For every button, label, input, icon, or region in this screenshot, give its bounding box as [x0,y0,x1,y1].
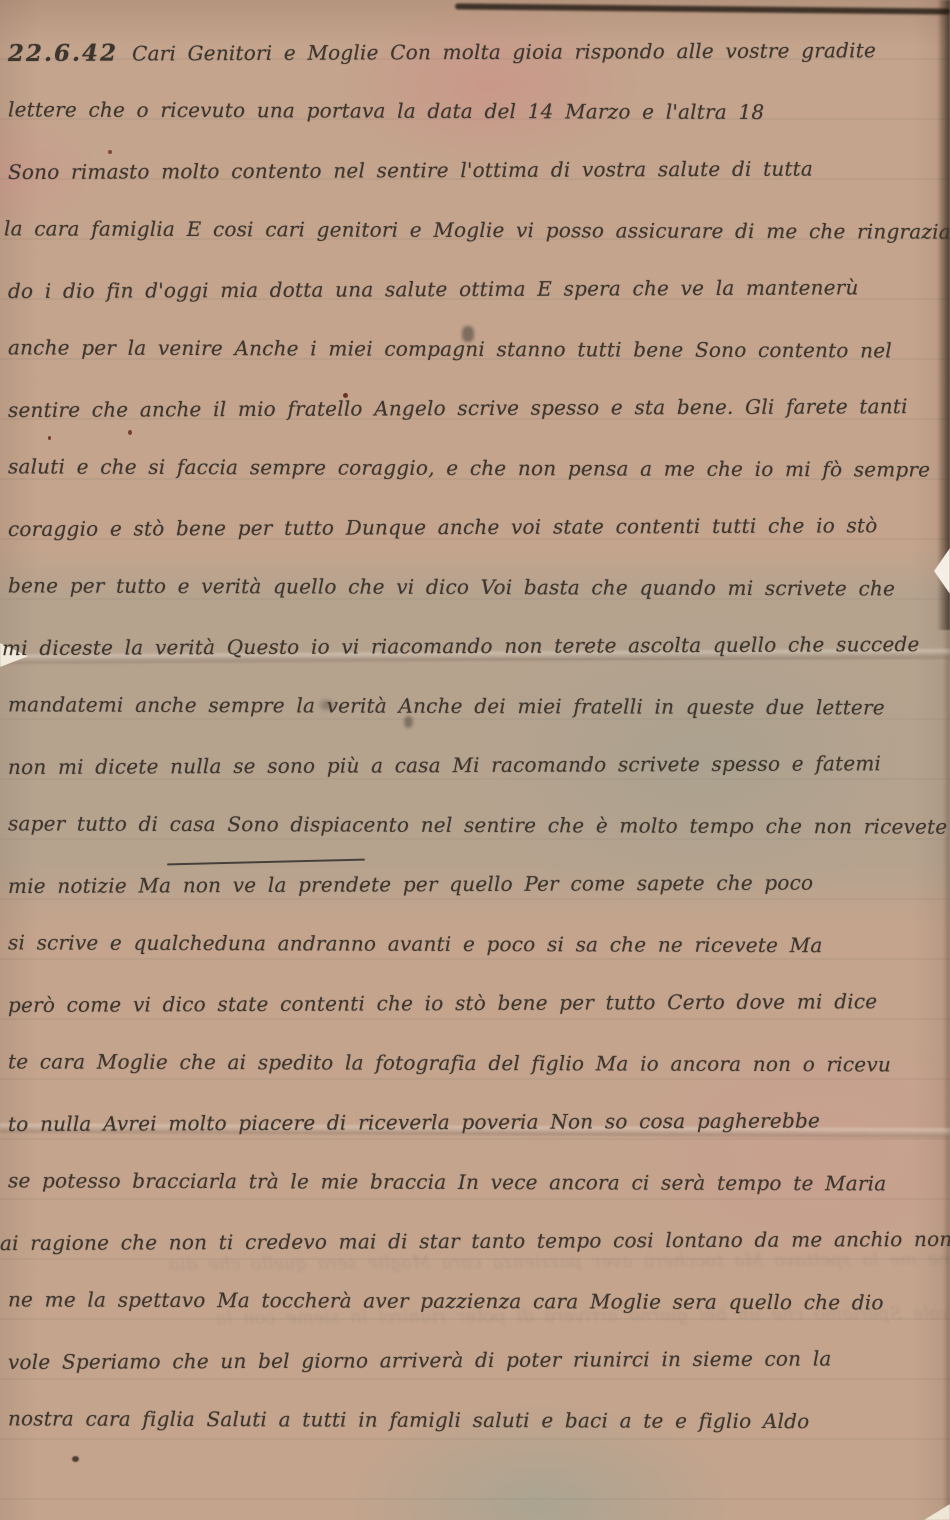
paper-hole [72,1456,79,1462]
letter-body: 22.6.42Cari Genitori e Moglie Con molta … [0,22,950,1450]
handwritten-line: si scrive e qualcheduna andranno avanti … [0,913,950,976]
handwritten-line: non mi dicete nulla se sono più a casa M… [0,734,950,798]
line-text: Cari Genitori e Moglie Con molta gioia r… [132,38,876,65]
handwritten-line: anche per la venire Anche i miei compagn… [0,318,950,381]
letter-date: 22.6.42 [8,40,118,67]
scan-edge-top [455,3,950,14]
handwritten-line: mi diceste la verità Questo io vi riacom… [0,615,950,679]
handwritten-line: mie notizie Ma non ve la prendete per qu… [0,853,950,917]
handwritten-line: saper tutto di casa Sono dispiacento nel… [0,794,950,857]
handwritten-line: ai ragione che non ti credevo mai di sta… [0,1210,950,1274]
handwritten-line: saluti e che si faccia sempre coraggio, … [0,437,950,500]
handwritten-line: sentire che anche il mio fratello Angelo… [0,377,950,441]
handwritten-line: nostra cara figlia Saluti a tutti in fam… [0,1389,950,1452]
handwritten-line: vole Speriamo che un bel giorno arriverà… [0,1329,950,1393]
handwritten-line: però come vi dico state contenti che io … [0,972,950,1036]
handwritten-line: mandatemi anche sempre la verità Anche d… [0,675,950,738]
handwritten-line: lettere che o ricevuto una portava la da… [0,80,950,143]
handwritten-line: la cara famiglia E cosi cari genitori e … [0,199,950,262]
handwritten-line: 22.6.42Cari Genitori e Moglie Con molta … [0,20,950,84]
handwritten-line: te cara Moglie che ai spedito la fotogra… [0,1032,950,1095]
handwritten-line: do i dio fin d'oggi mia dotta una salute… [0,258,950,322]
paper-corner-wear [924,1504,950,1520]
handwritten-line: coraggio e stò bene per tutto Dunque anc… [0,496,950,560]
handwritten-line: ne me la spettavo Ma toccherà aver pazzi… [0,1270,950,1333]
handwritten-line: Sono rimasto molto contento nel sentire … [0,139,950,203]
handwritten-line: se potesso bracciarla trà le mie braccia… [0,1151,950,1214]
letter-scan: ne me la spettavo Ma toccherà aver pazzi… [0,0,950,1520]
handwritten-line: to nulla Avrei molto piacere di riceverl… [0,1091,950,1155]
handwritten-line: bene per tutto e verità quello che vi di… [0,556,950,619]
